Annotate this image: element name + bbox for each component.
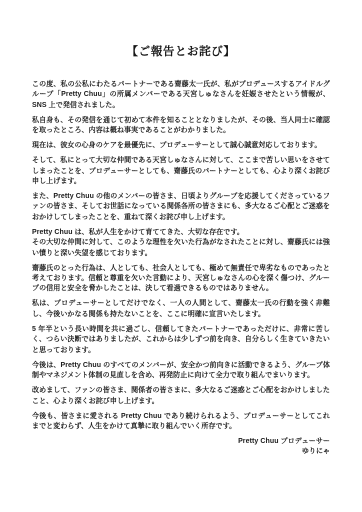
paragraph-7: 齋藤氏のとった行為は、人としても、社会人としても、極めて無責任で卑劣なものであっ… xyxy=(32,264,330,295)
document-title: 【ご報告とお詫び】 xyxy=(0,43,362,59)
document-body: この度、私の公私にわたるパートナーである齋藤太一氏が、私がプロデュースするアイド… xyxy=(32,80,330,458)
paragraph-5: また、Pretty Chuu の他のメンバーの皆さま、日頃よりグループを応援して… xyxy=(32,192,330,223)
signature-role: Pretty Chuu プロデューサー xyxy=(32,437,330,447)
paragraph-8: 私は、プロデューサーとしてだけでなく、一人の人間として、齋藤太一氏の行動を強く非… xyxy=(32,299,330,320)
paragraph-3: 現在は、彼女の心身のケアを最優先に、プロデューサーとして誠心誠意対応しております… xyxy=(32,141,330,151)
paragraph-2: 私自身も、その発信を通じて初めて本件を知ることとなりましたが、その後、当人同士に… xyxy=(32,116,330,137)
paragraph-1: この度、私の公私にわたるパートナーである齋藤太一氏が、私がプロデュースするアイド… xyxy=(32,80,330,111)
signature-block: Pretty Chuu プロデューサー ゆりにゃ xyxy=(32,437,330,458)
paragraph-11: 改めまして、ファンの皆さま、関係者の皆さまに、多大なるご迷惑とご心配をおかけしま… xyxy=(32,386,330,407)
signature-name: ゆりにゃ xyxy=(32,447,330,457)
statement-document: 【ご報告とお詫び】 この度、私の公私にわたるパートナーである齋藤太一氏が、私がプ… xyxy=(0,0,362,512)
paragraph-4: そして、私にとって大切な仲間である天宮しゅなさんに対して、ここまで苦しい思いをさ… xyxy=(32,156,330,187)
paragraph-6: Pretty Chuu は、私が人生をかけて育ててきた、大切な存在です。 その大… xyxy=(32,228,330,259)
paragraph-12: 今後も、皆さまに愛される Pretty Chuu であり続けられるよう、プロデュ… xyxy=(32,412,330,433)
paragraph-10: 今後は、Pretty Chuu のすべてのメンバーが、安全かつ前向きに活動できる… xyxy=(32,361,330,382)
paragraph-9: 5 年半という長い時間を共に過ごし、信頼してきたパートナーであっただけに、非常に… xyxy=(32,325,330,356)
